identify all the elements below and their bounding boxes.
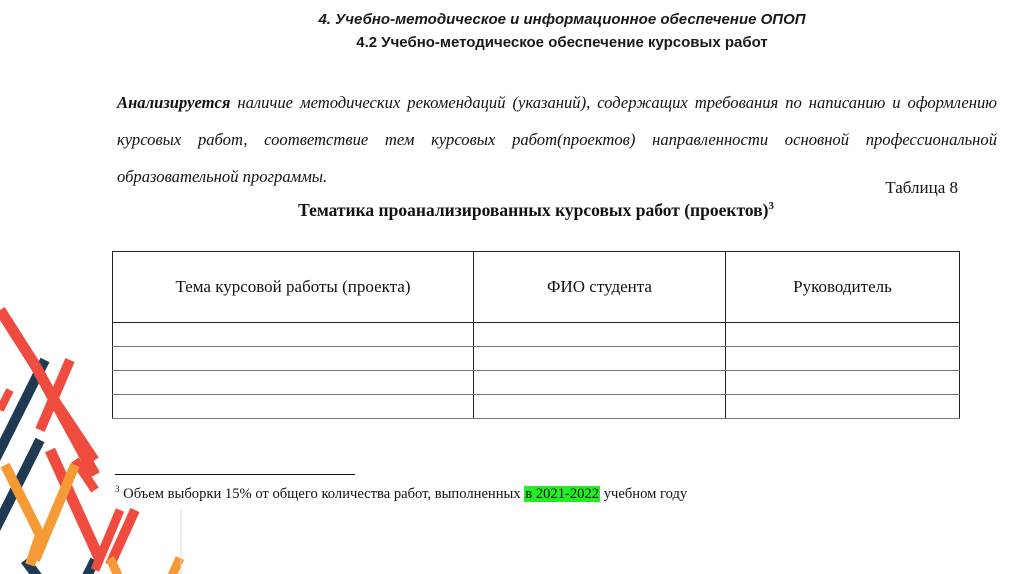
footnote-highlight: в 2021-2022 [524, 486, 600, 502]
table-cell[interactable] [474, 371, 726, 395]
table-cell[interactable] [113, 371, 474, 395]
table-cell[interactable] [474, 395, 726, 419]
intro-text: наличие методических рекомендаций (указа… [117, 93, 997, 186]
slide-header: 4. Учебно-методическое и информационное … [0, 8, 1024, 54]
table-label: Таблица 8 [885, 178, 958, 198]
table-row [113, 395, 960, 419]
table-cell[interactable] [113, 347, 474, 371]
subsection-title: 4.2 Учебно-методическое обеспечение курс… [100, 31, 1024, 54]
column-header-student: ФИО студента [474, 252, 726, 323]
intro-lead: Анализируется [117, 93, 230, 112]
footnote-ref[interactable]: 3 [768, 200, 774, 212]
table-cell[interactable] [113, 323, 474, 347]
table-cell[interactable] [726, 323, 960, 347]
course-works-table: Тема курсовой работы (проекта) ФИО студе… [112, 251, 960, 419]
table-row [113, 323, 960, 347]
table-cell[interactable] [113, 395, 474, 419]
table-row [113, 371, 960, 395]
table-title: Тематика проанализированных курсовых раб… [112, 200, 960, 221]
section-title: 4. Учебно-методическое и информационное … [100, 8, 1024, 31]
table-title-text: Тематика проанализированных курсовых раб… [298, 200, 768, 220]
table-header-row: Тема курсовой работы (проекта) ФИО студе… [113, 252, 960, 323]
footnote-text: Объем выборки 15% от общего количества р… [120, 486, 525, 502]
table-row [113, 347, 960, 371]
footnote-text-end: учебном году [600, 486, 687, 502]
footnote-separator [115, 474, 355, 475]
intro-paragraph: Анализируется наличие методических реком… [117, 84, 997, 195]
table-cell[interactable] [474, 347, 726, 371]
table-cell[interactable] [474, 323, 726, 347]
table-cell[interactable] [726, 347, 960, 371]
column-header-supervisor: Руководитель [726, 252, 960, 323]
footnote: 3 Объем выборки 15% от общего количества… [115, 484, 687, 503]
column-header-topic: Тема курсовой работы (проекта) [113, 252, 474, 323]
table-cell[interactable] [726, 395, 960, 419]
table-cell[interactable] [726, 371, 960, 395]
